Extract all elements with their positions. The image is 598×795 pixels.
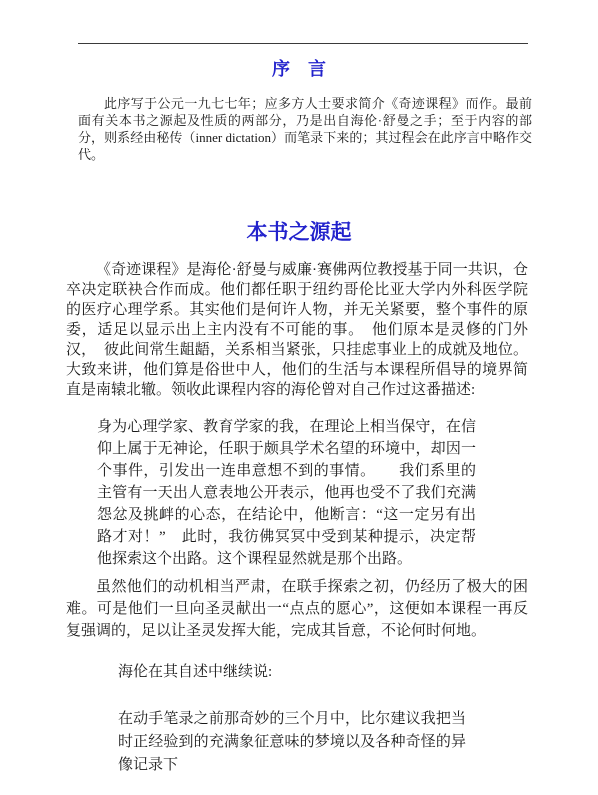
top-rule [78,43,528,44]
origin-quote-1: 身为心理学家、教育学家的我，在理论上相当保守，在信仰上属于无神论，任职于颇具学术… [97,416,476,570]
preface-paragraph: 此序写于公元一九七七年；应多方人士要求简介《奇迹课程》而作。最前面有关本书之源起… [78,95,532,163]
origin-quote-2: 在动手笔录之前那奇妙的三个月中，比尔建议我把当时正经验到的充满象征意味的梦境以及… [118,708,466,777]
origin-title: 本书之源起 [0,219,598,245]
preface-title: 序 言 [0,58,598,80]
document-page: 序 言 此序写于公元一九七七年；应多方人士要求简介《奇迹课程》而作。最前面有关本… [0,0,598,795]
origin-paragraph-2: 虽然他们的动机相当严肃，在联手探索之初，仍经历了极大的困难。可是他们一旦向圣灵献… [66,576,528,642]
origin-paragraph-1: 《奇迹课程》是海伦·舒曼与威廉·赛佛两位教授基于同一共识，仓卒决定联袂合作而成。… [66,260,528,400]
narration-lead-in: 海伦在其自述中继续说: [118,662,528,682]
